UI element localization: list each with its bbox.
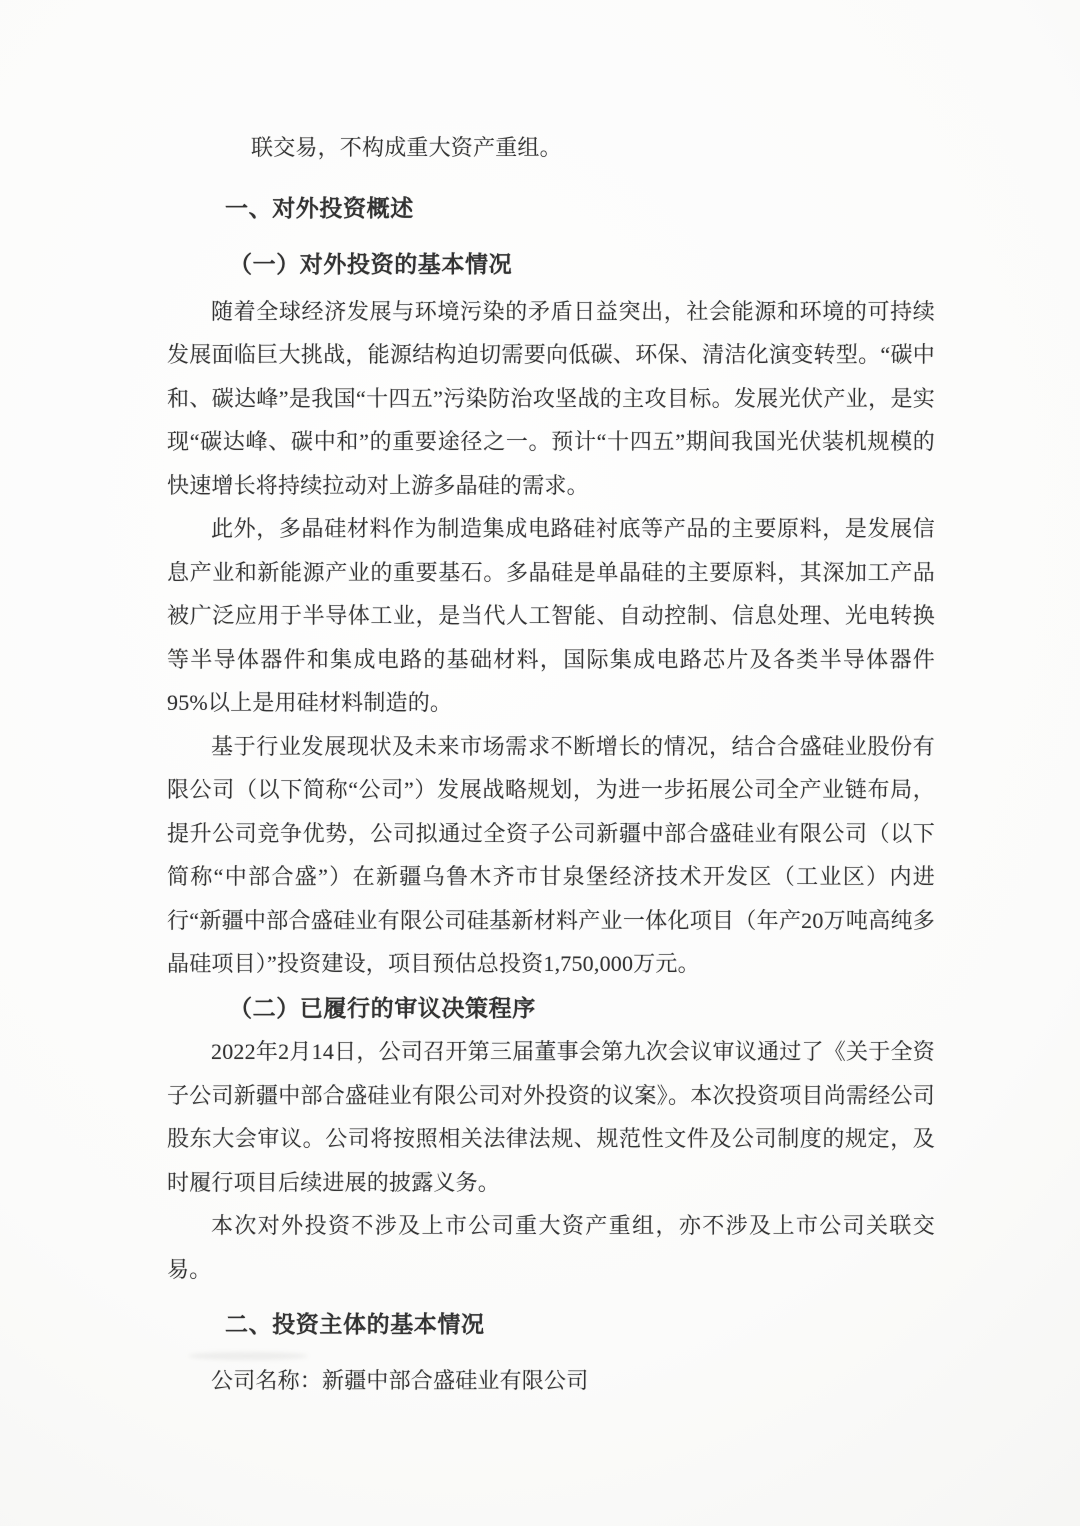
paragraph-no-major-restructuring: 本次对外投资不涉及上市公司重大资产重组，亦不涉及上市公司关联交易。 bbox=[167, 1204, 935, 1291]
paragraph-company-name: 公司名称：新疆中部合盛硅业有限公司 bbox=[167, 1359, 935, 1403]
heading-subsection-2-review-procedures: （二）已履行的审议决策程序 bbox=[167, 987, 935, 1031]
heading-section-2-investment-entity: 二、投资主体的基本情况 bbox=[167, 1303, 935, 1347]
paragraph-energy-background: 随着全球经济发展与环境污染的矛盾日益突出，社会能源和环境的可持续发展面临巨大挑战… bbox=[167, 290, 935, 508]
paragraph-investment-plan: 基于行业发展现状及未来市场需求不断增长的情况，结合合盛硅业股份有限公司（以下简称… bbox=[167, 725, 935, 986]
paragraph-board-meeting: 2022年2月14日，公司召开第三届董事会第九次会议审议通过了《关于全资子公司新… bbox=[167, 1030, 935, 1204]
heading-subsection-1-basic-situation: （一）对外投资的基本情况 bbox=[167, 243, 935, 287]
document-content: 联交易，不构成重大资产重组。 一、对外投资概述 （一）对外投资的基本情况 随着全… bbox=[0, 0, 1080, 1402]
heading-section-1-investment-overview: 一、对外投资概述 bbox=[167, 187, 935, 231]
document-page: 联交易，不构成重大资产重组。 一、对外投资概述 （一）对外投资的基本情况 随着全… bbox=[0, 0, 1080, 1526]
paragraph-continuation-related-transactions: 联交易，不构成重大资产重组。 bbox=[167, 126, 935, 170]
paragraph-polysilicon-materials: 此外，多晶硅材料作为制造集成电路硅衬底等产品的主要原料，是发展信息产业和新能源产… bbox=[167, 507, 935, 725]
scan-smudge-artifact bbox=[188, 1352, 308, 1360]
